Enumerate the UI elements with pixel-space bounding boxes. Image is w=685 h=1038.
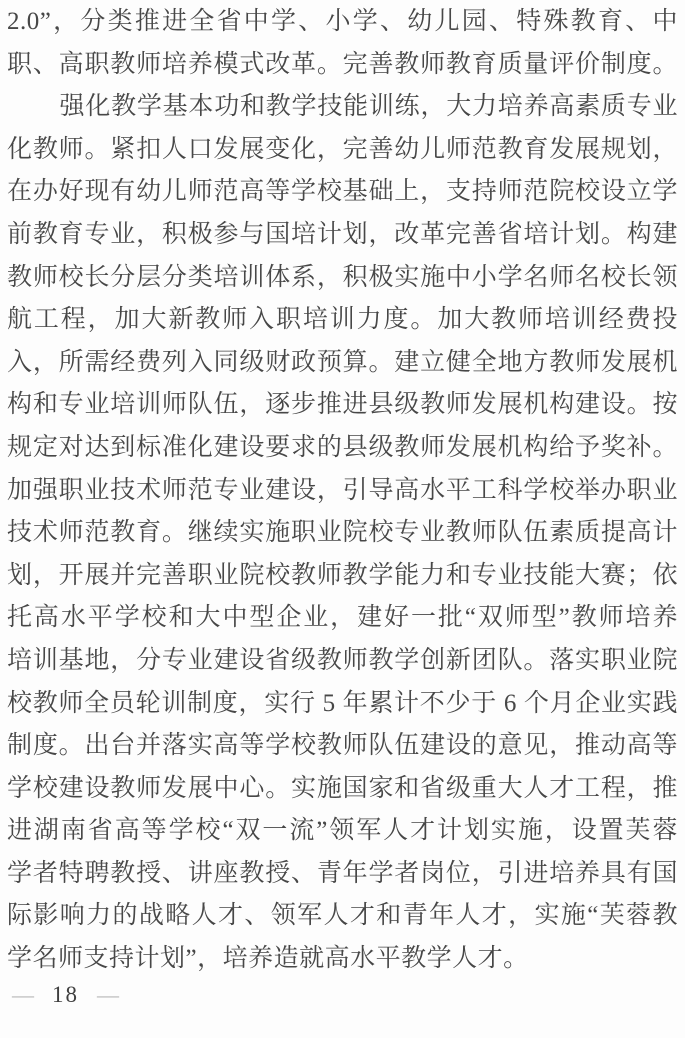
body-text: 2.0”，分类推进全省中学、小学、幼儿园、特殊教育、中 职、高职教师培养模式改革… <box>7 1 678 981</box>
text-line: 构和专业培训师队伍，逐步推进县级教师发展机构建设。按 <box>7 384 678 427</box>
text-line: 托高水平学校和大中型企业，建好一批“双师型”教师培养 <box>7 597 678 640</box>
text-line: 加强职业技术师范专业建设，引导高水平工科学校举办职业 <box>7 470 678 513</box>
text-line: 技术师范教育。继续实施职业院校专业教师队伍素质提高计 <box>7 512 678 555</box>
text-line: 划，开展并完善职业院校教师教学能力和专业技能大赛；依 <box>7 555 678 598</box>
text-line: 入，所需经费列入同级财政预算。建立健全地方教师发展机 <box>7 342 678 385</box>
document-page: 2.0”，分类推进全省中学、小学、幼儿园、特殊教育、中 职、高职教师培养模式改革… <box>0 0 685 1038</box>
text-line: 学者特聘教授、讲座教授、青年学者岗位，引进培养具有国 <box>7 853 678 896</box>
text-line: 2.0”，分类推进全省中学、小学、幼儿园、特殊教育、中 <box>7 1 678 44</box>
text-line: 校教师全员轮训制度，实行 5 年累计不少于 6 个月企业实践 <box>7 683 678 726</box>
text-line: 前教育专业，积极参与国培计划，改革完善省培计划。构建 <box>7 214 678 257</box>
text-line-paragraph-end: 学名师支持计划”，培养造就高水平教学人才。 <box>7 938 678 981</box>
text-line: 培训基地，分专业建设省级教师教学创新团队。落实职业院 <box>7 640 678 683</box>
text-line: 规定对达到标准化建设要求的县级教师发展机构给予奖补。 <box>7 427 678 470</box>
footer-dash-right: — <box>97 982 119 1008</box>
footer-dash-left: — <box>12 982 34 1008</box>
text-line: 在办好现有幼儿师范高等学校基础上，支持师范院校设立学 <box>7 171 678 214</box>
text-line: 教师校长分层分类培训体系，积极实施中小学名师名校长领 <box>7 257 678 300</box>
page-footer: — 18 — <box>12 982 119 1008</box>
text-line: 航工程，加大新教师入职培训力度。加大教师培训经费投 <box>7 299 678 342</box>
text-line: 学校建设教师发展中心。实施国家和省级重大人才工程，推 <box>7 768 678 811</box>
text-line: 化教师。紧扣人口发展变化，完善幼儿师范教育发展规划， <box>7 129 678 172</box>
text-line: 进湖南省高等学校“双一流”领军人才计划实施，设置芙蓉 <box>7 810 678 853</box>
text-line: 际影响力的战略人才、领军人才和青年人才，实施“芙蓉教 <box>7 895 678 938</box>
text-line: 职、高职教师培养模式改革。完善教师教育质量评价制度。 <box>7 44 678 87</box>
page-number: 18 <box>52 982 79 1008</box>
text-line: 制度。出台并落实高等学校教师队伍建设的意见，推动高等 <box>7 725 678 768</box>
text-line-paragraph-start: 强化教学基本功和教学技能训练，大力培养高素质专业 <box>7 86 678 129</box>
